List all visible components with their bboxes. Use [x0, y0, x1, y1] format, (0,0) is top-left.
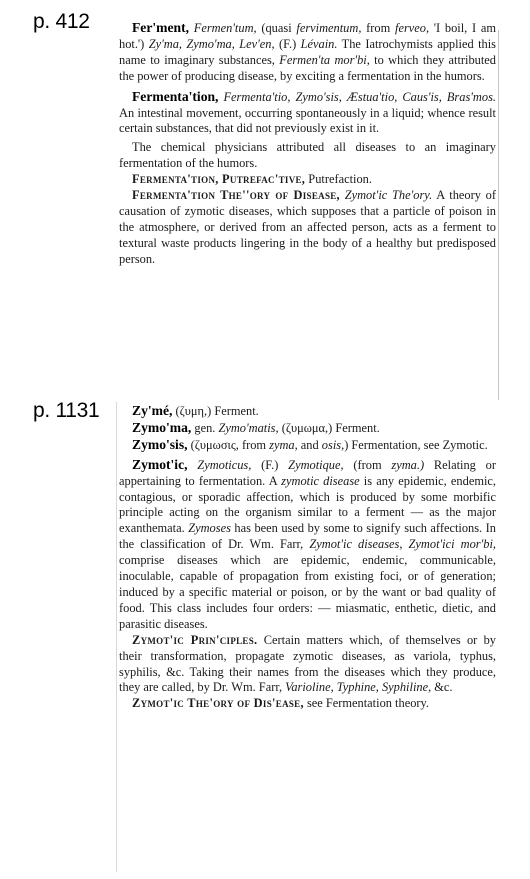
- headword: Fer'ment,: [132, 20, 189, 35]
- column-rule-right: [498, 30, 499, 400]
- page-412-excerpt: Fer'ment, Fermen'tum, (quasi fervimentum…: [119, 20, 496, 268]
- entry-zymosis: Zymo'sis, (ζυμωσις, from zyma, and osis,…: [119, 437, 496, 454]
- entry-zymotic: Zymot'ic, Zymoticus, (F.) Zymotique, (fr…: [119, 457, 496, 633]
- entry-fermentation: Fermenta'tion, Fermenta'tio, Zymo'sis, Æ…: [119, 89, 496, 138]
- entry-fermentation-putrefactive: Fermenta'tion, Putrefac'tive, Putrefacti…: [119, 172, 496, 188]
- entry-chemical-physicians: The chemical physicians attributed all d…: [119, 140, 496, 172]
- headword: Fermenta'tion,: [132, 89, 218, 104]
- entry-zymotic-principles: Zymot'ic Prin'ciples. Certain matters wh…: [119, 633, 496, 697]
- entry-zymoma: Zymo'ma, gen. Zymo'matis, (ζυμωμα,) Ferm…: [119, 420, 496, 437]
- page-label-412: p. 412: [33, 10, 90, 34]
- entry-ferment: Fer'ment, Fermen'tum, (quasi fervimentum…: [119, 20, 496, 85]
- page-label-1131: p. 1131: [33, 399, 99, 423]
- page-1131-excerpt: Zy'mé, (ζυμη,) Ferment. Zymo'ma, gen. Zy…: [119, 403, 496, 712]
- entry-zyme: Zy'mé, (ζυμη,) Ferment.: [119, 403, 496, 420]
- entry-zymotic-theory: Zymot'ic The'ory of Dis'ease, see Fermen…: [119, 696, 496, 712]
- entry-fermentation-theory: Fermenta'tion The''ory of Disease, Zymot…: [119, 188, 496, 268]
- column-rule-left: [116, 402, 117, 872]
